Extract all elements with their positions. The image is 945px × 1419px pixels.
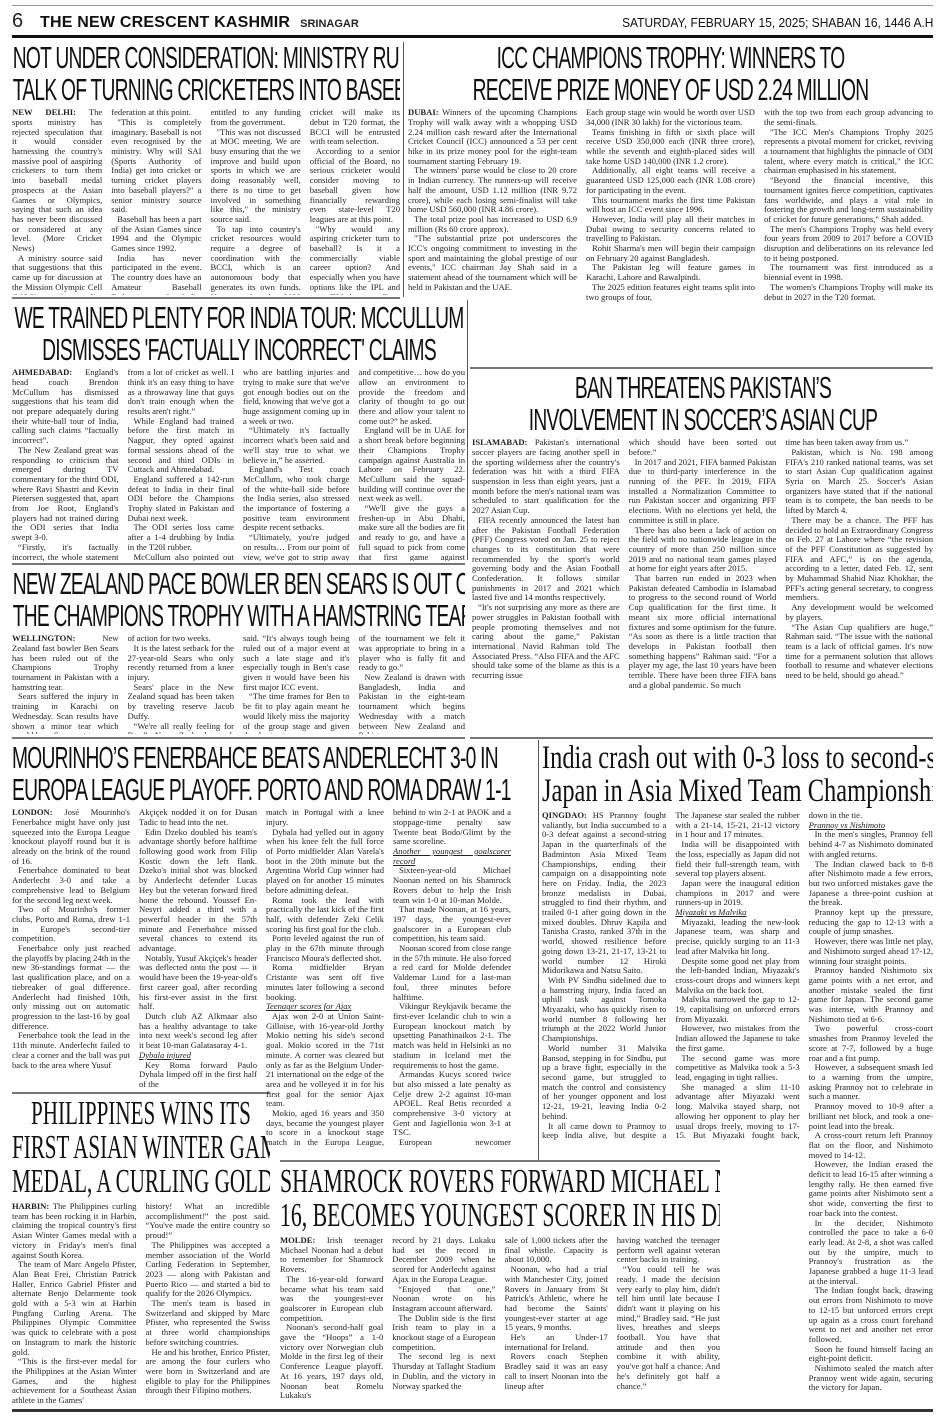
masthead: 6 THE NEW CRESCENT KASHMIR SRINAGAR SATU…: [12, 10, 933, 32]
column-2: federation at this point."This is comple…: [111, 108, 201, 295]
column-4: having watched the teenager perform well…: [617, 1236, 720, 1401]
column-2: from a lot of cricket as well. I think i…: [128, 368, 235, 561]
bottom-rule: [12, 1409, 933, 1412]
article-body: DUBAI: Winners of the upcoming Champions…: [408, 108, 933, 302]
column-1: HARBIN: The Philippines curling team has…: [12, 1202, 137, 1406]
column-2: record by 21 days. Lukaku had set the re…: [392, 1236, 495, 1401]
headline: WE TRAINED PLENTY FOR INDIA TOUR: MCCULL…: [13, 302, 465, 365]
headline: NEW ZEALAND PACE BOWLER BEN SEARS IS OUT…: [13, 568, 465, 631]
column-2: which should have been sorted out before…: [629, 438, 777, 690]
column-2: The Japanese star sealed the rubber with…: [675, 811, 799, 1141]
column-divider: [403, 42, 404, 297]
section-rule: [12, 297, 400, 299]
headline: NOT UNDER CONSIDERATION: MINISTRY RUBBIS…: [13, 42, 400, 105]
column-2: history! What an incredible accomplishme…: [146, 1202, 271, 1406]
article-baseball: NOT UNDER CONSIDERATION: MINISTRY RUBBIS…: [12, 42, 400, 295]
column-3: match in Portugal with a knee injury.Dyb…: [266, 808, 384, 1148]
headline: PHILIPPINES WINS ITS FIRST ASIAN WINTER …: [12, 1097, 270, 1199]
column-3: who are battling injuries and trying to …: [243, 368, 350, 561]
article-mccullum: WE TRAINED PLENTY FOR INDIA TOUR: MCCULL…: [12, 302, 465, 561]
masthead-rule: [12, 35, 933, 38]
column-3: said. “It's always tough being ruled out…: [243, 634, 350, 734]
headline: BAN THREATENS PAKISTAN’S INVOLVEMENT IN …: [472, 372, 933, 435]
column-4: and competitive… how do you allow an env…: [359, 368, 466, 561]
section-rule: [12, 563, 465, 565]
article-body: MOLDE: Irish teenager Michael Noonan had…: [280, 1236, 720, 1401]
headline: ICC CHAMPIONS TROPHY: WINNERS TO RECEIVE…: [408, 42, 933, 105]
column-divider: [538, 740, 539, 1160]
headline: SHAMROCK ROVERS FORWARD MICHAEL NOONAN, …: [280, 1165, 720, 1233]
column-1: AHMEDABAD: England's head coach Brendon …: [12, 368, 119, 561]
article-body: AHMEDABAD: England's head coach Brendon …: [12, 368, 465, 561]
column-3: time has been taken away from us.”Pakist…: [785, 438, 933, 690]
column-4: of the tournament we felt it was appropr…: [359, 634, 466, 734]
column-1: MOLDE: Irish teenager Michael Noonan had…: [280, 1236, 383, 1401]
article-pakistan-soccer: BAN THREATENS PAKISTAN’S INVOLVEMENT IN …: [472, 372, 933, 734]
article-noonan: SHAMROCK ROVERS FORWARD MICHAEL NOONAN, …: [280, 1165, 720, 1407]
column-4: behind to win 2-1 at PAOK and a stoppage…: [393, 808, 511, 1148]
article-ben-sears: NEW ZEALAND PACE BOWLER BEN SEARS IS OUT…: [12, 568, 465, 734]
newspaper-name: THE NEW CRESCENT KASHMIR: [40, 14, 290, 32]
column-1: NEW DELHI: The sports ministry has rejec…: [12, 108, 102, 295]
edition-city: SRINAGAR: [300, 18, 359, 30]
column-1: DUBAI: Winners of the upcoming Champions…: [408, 108, 577, 302]
column-3: sale of 1,000 tickets after the final wh…: [505, 1236, 608, 1401]
page-number: 6: [12, 10, 40, 33]
issue-date: SATURDAY, FEBRUARY 15, 2025; SHABAN 16, …: [622, 15, 933, 30]
article-body: HARBIN: The Philippines curling team has…: [12, 1202, 270, 1406]
article-philippines-curling: PHILIPPINES WINS ITS FIRST ASIAN WINTER …: [12, 1097, 270, 1407]
section-rule: [470, 367, 933, 369]
column-2: of action for two weeks.It is the latest…: [128, 634, 235, 734]
headline: MOURINHO’S FENERBAHCE BEATS ANDERLECHT 3…: [12, 742, 465, 805]
column-3: down in the tie.Prannoy vs NishimotoIn t…: [809, 811, 933, 1401]
column-1: WELLINGTON: New Zealand fast bowler Ben …: [12, 634, 119, 734]
headline: India crash out with 0-3 loss to second-…: [542, 742, 933, 808]
column-2: Each group stage win would be worth over…: [586, 108, 755, 302]
section-rule: [12, 737, 465, 739]
article-body: ISLAMABAD: Pakistan's international socc…: [472, 438, 933, 690]
article-body: WELLINGTON: New Zealand fast bowler Ben …: [12, 634, 465, 734]
article-icc-prize-money: ICC CHAMPIONS TROPHY: WINNERS TO RECEIVE…: [408, 42, 933, 364]
column-1: ISLAMABAD: Pakistan's international socc…: [472, 438, 620, 690]
article-body: NEW DELHI: The sports ministry has rejec…: [12, 108, 400, 295]
column-3: with the top two from each group advanci…: [764, 108, 933, 302]
column-1: QINGDAO: HS Prannoy fought valiantly, bu…: [542, 811, 666, 1141]
column-3: entitled to any funding from the governm…: [211, 108, 301, 295]
column-4: cricket will make its debut in T20 forma…: [310, 108, 400, 295]
section-rule: [470, 737, 933, 739]
top-rule: [12, 5, 933, 6]
